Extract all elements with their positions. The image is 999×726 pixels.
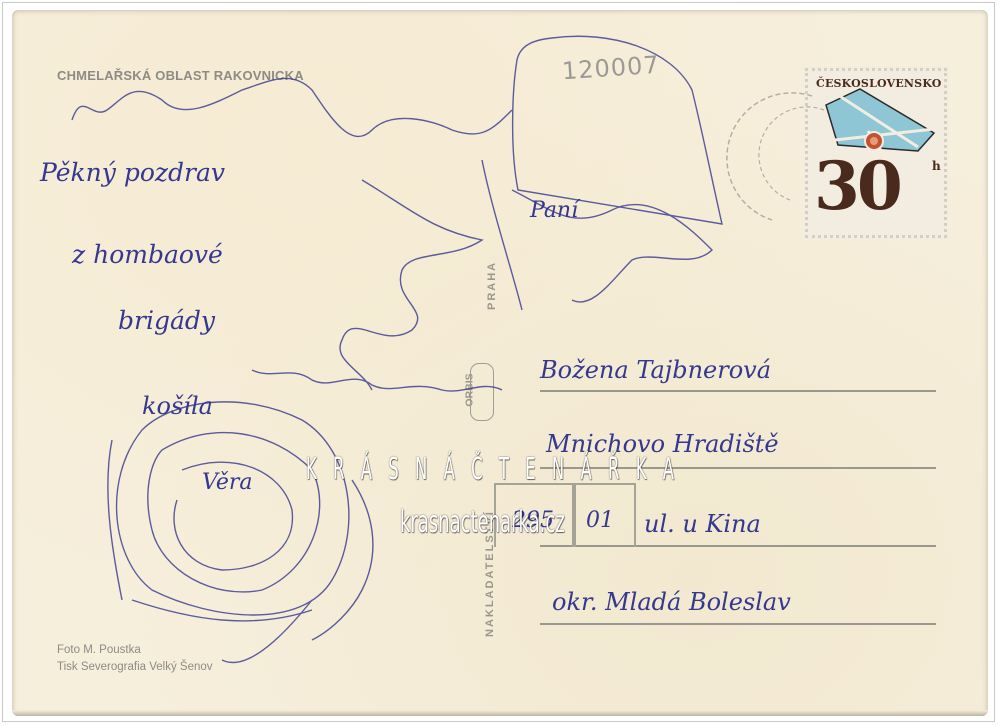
signature: Věra xyxy=(202,470,253,495)
address-street: ul. u Kina xyxy=(644,510,761,538)
address-district: okr. Mladá Boleslav xyxy=(552,588,791,616)
pen-scribble-icon xyxy=(12,10,988,716)
address-recipient: Božena Tajbnerová xyxy=(540,356,771,384)
message-line-3: brigády xyxy=(118,306,215,335)
message-line-1: Pěkný pozdrav xyxy=(40,158,225,187)
message-line-2: z hombaové xyxy=(72,240,223,269)
watermark-title: K R Á S N Á Č T E N Á Ř K A xyxy=(306,452,680,487)
postal-code-part-2: 01 xyxy=(586,508,614,533)
message-line-4: košíla xyxy=(142,392,213,420)
postcard: CHMELAŘSKÁ OBLAST RAKOVNICKA Foto M. Pou… xyxy=(12,10,988,716)
watermark-url: krasnactenarka.cz xyxy=(400,505,565,540)
salutation: Paní xyxy=(530,198,578,223)
